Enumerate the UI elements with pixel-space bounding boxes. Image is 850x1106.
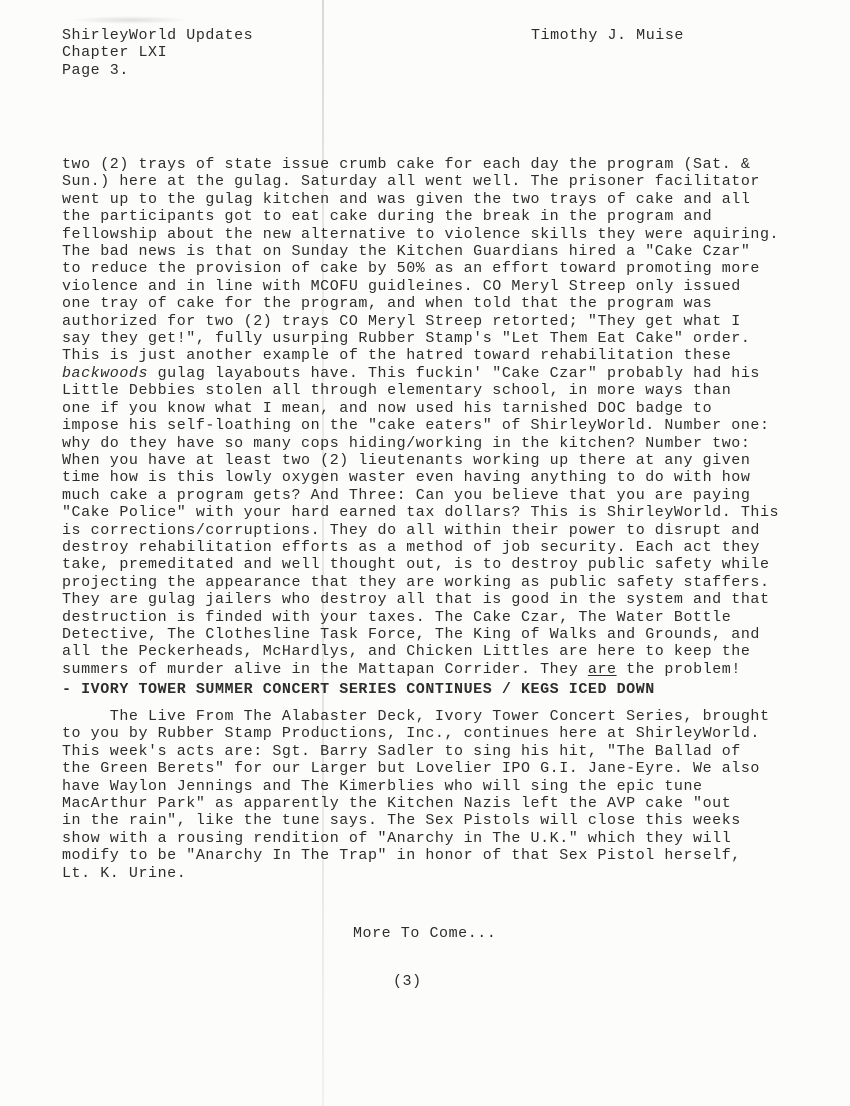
document-header: ShirleyWorld UpdatesChapter LXIPage 3. [62,27,253,79]
text-line: fellowship about the new alternative to … [62,226,779,243]
text-line: Lt. K. Urine. [62,865,770,882]
text-line: When you have at least two (2) lieutenan… [62,452,779,469]
text-segment: gulag layabouts have. This fuckin' "Cake… [148,365,760,382]
text-line: all the Peckerheads, McHardlys, and Chic… [62,643,779,660]
text-line: violence and in line with MCOFU guidlein… [62,278,779,295]
text-line: authorized for two (2) trays CO Meryl St… [62,313,779,330]
text-line: Chapter LXI [62,44,253,61]
text-line: impose his self-loathing on the "cake ea… [62,417,779,434]
text-line: "Cake Police" with your hard earned tax … [62,504,779,521]
text-line: one tray of cake for the program, and wh… [62,295,779,312]
text-line: ShirleyWorld Updates [62,27,253,44]
text-line: MacArthur Park" as apparently the Kitche… [62,795,770,812]
paragraph-2: The Live From The Alabaster Deck, Ivory … [62,708,770,882]
text-line: the participants got to eat cake during … [62,208,779,225]
text-segment: summers of murder alive in the Mattapan … [62,661,588,678]
text-line: modify to be "Anarchy In The Trap" in ho… [62,847,770,864]
closing-line: More To Come... [353,925,496,942]
text-line: Little Debbies stolen all through elemen… [62,382,779,399]
text-segment: the problem! [617,661,741,678]
text-line: show with a rousing rendition of "Anarch… [62,830,770,847]
text-line: much cake a program gets? And Three: Can… [62,487,779,504]
text-line: This week's acts are: Sgt. Barry Sadler … [62,743,770,760]
text-line: Sun.) here at the gulag. Saturday all we… [62,173,779,190]
text-line: to reduce the provision of cake by 50% a… [62,260,779,277]
text-line: Detective, The Clothesline Task Force, T… [62,626,779,643]
text-line: take, premeditated and well thought out,… [62,556,779,573]
italic-text: backwoods [62,365,148,382]
paragraph-1: two (2) trays of state issue crumb cake … [62,156,779,678]
text-line: went up to the gulag kitchen and was giv… [62,191,779,208]
text-line: two (2) trays of state issue crumb cake … [62,156,779,173]
text-line: projecting the appearance that they are … [62,574,779,591]
text-line: the Green Berets" for our Larger but Lov… [62,760,770,777]
text-line: time how is this lowly oxygen waster eve… [62,469,779,486]
text-line: have Waylon Jennings and The Kimerblies … [62,778,770,795]
text-line: to you by Rubber Stamp Productions, Inc.… [62,725,770,742]
text-line: backwoods gulag layabouts have. This fuc… [62,365,779,382]
scan-smudge [70,16,190,24]
text-line: is corrections/corruptions. They do all … [62,522,779,539]
author-name: Timothy J. Muise [531,27,684,44]
text-line: say they get!", fully usurping Rubber St… [62,330,779,347]
text-line: The bad news is that on Sunday the Kitch… [62,243,779,260]
text-line: This is just another example of the hatr… [62,347,779,364]
underlined-text: are [588,661,617,678]
page-number: (3) [393,973,422,990]
text-line: one if you know what I mean, and now use… [62,400,779,417]
section-heading: - IVORY TOWER SUMMER CONCERT SERIES CONT… [62,681,655,698]
text-line: Page 3. [62,62,253,79]
text-line: destroy rehabilitation efforts as a meth… [62,539,779,556]
text-line: why do they have so many cops hiding/wor… [62,435,779,452]
document-page: ShirleyWorld UpdatesChapter LXIPage 3. T… [0,0,850,1106]
text-line: destruction is finded with your taxes. T… [62,609,779,626]
text-line: The Live From The Alabaster Deck, Ivory … [62,708,770,725]
text-line: in the rain", like the tune says. The Se… [62,812,770,829]
text-line: summers of murder alive in the Mattapan … [62,661,779,678]
text-line: They are gulag jailers who destroy all t… [62,591,779,608]
